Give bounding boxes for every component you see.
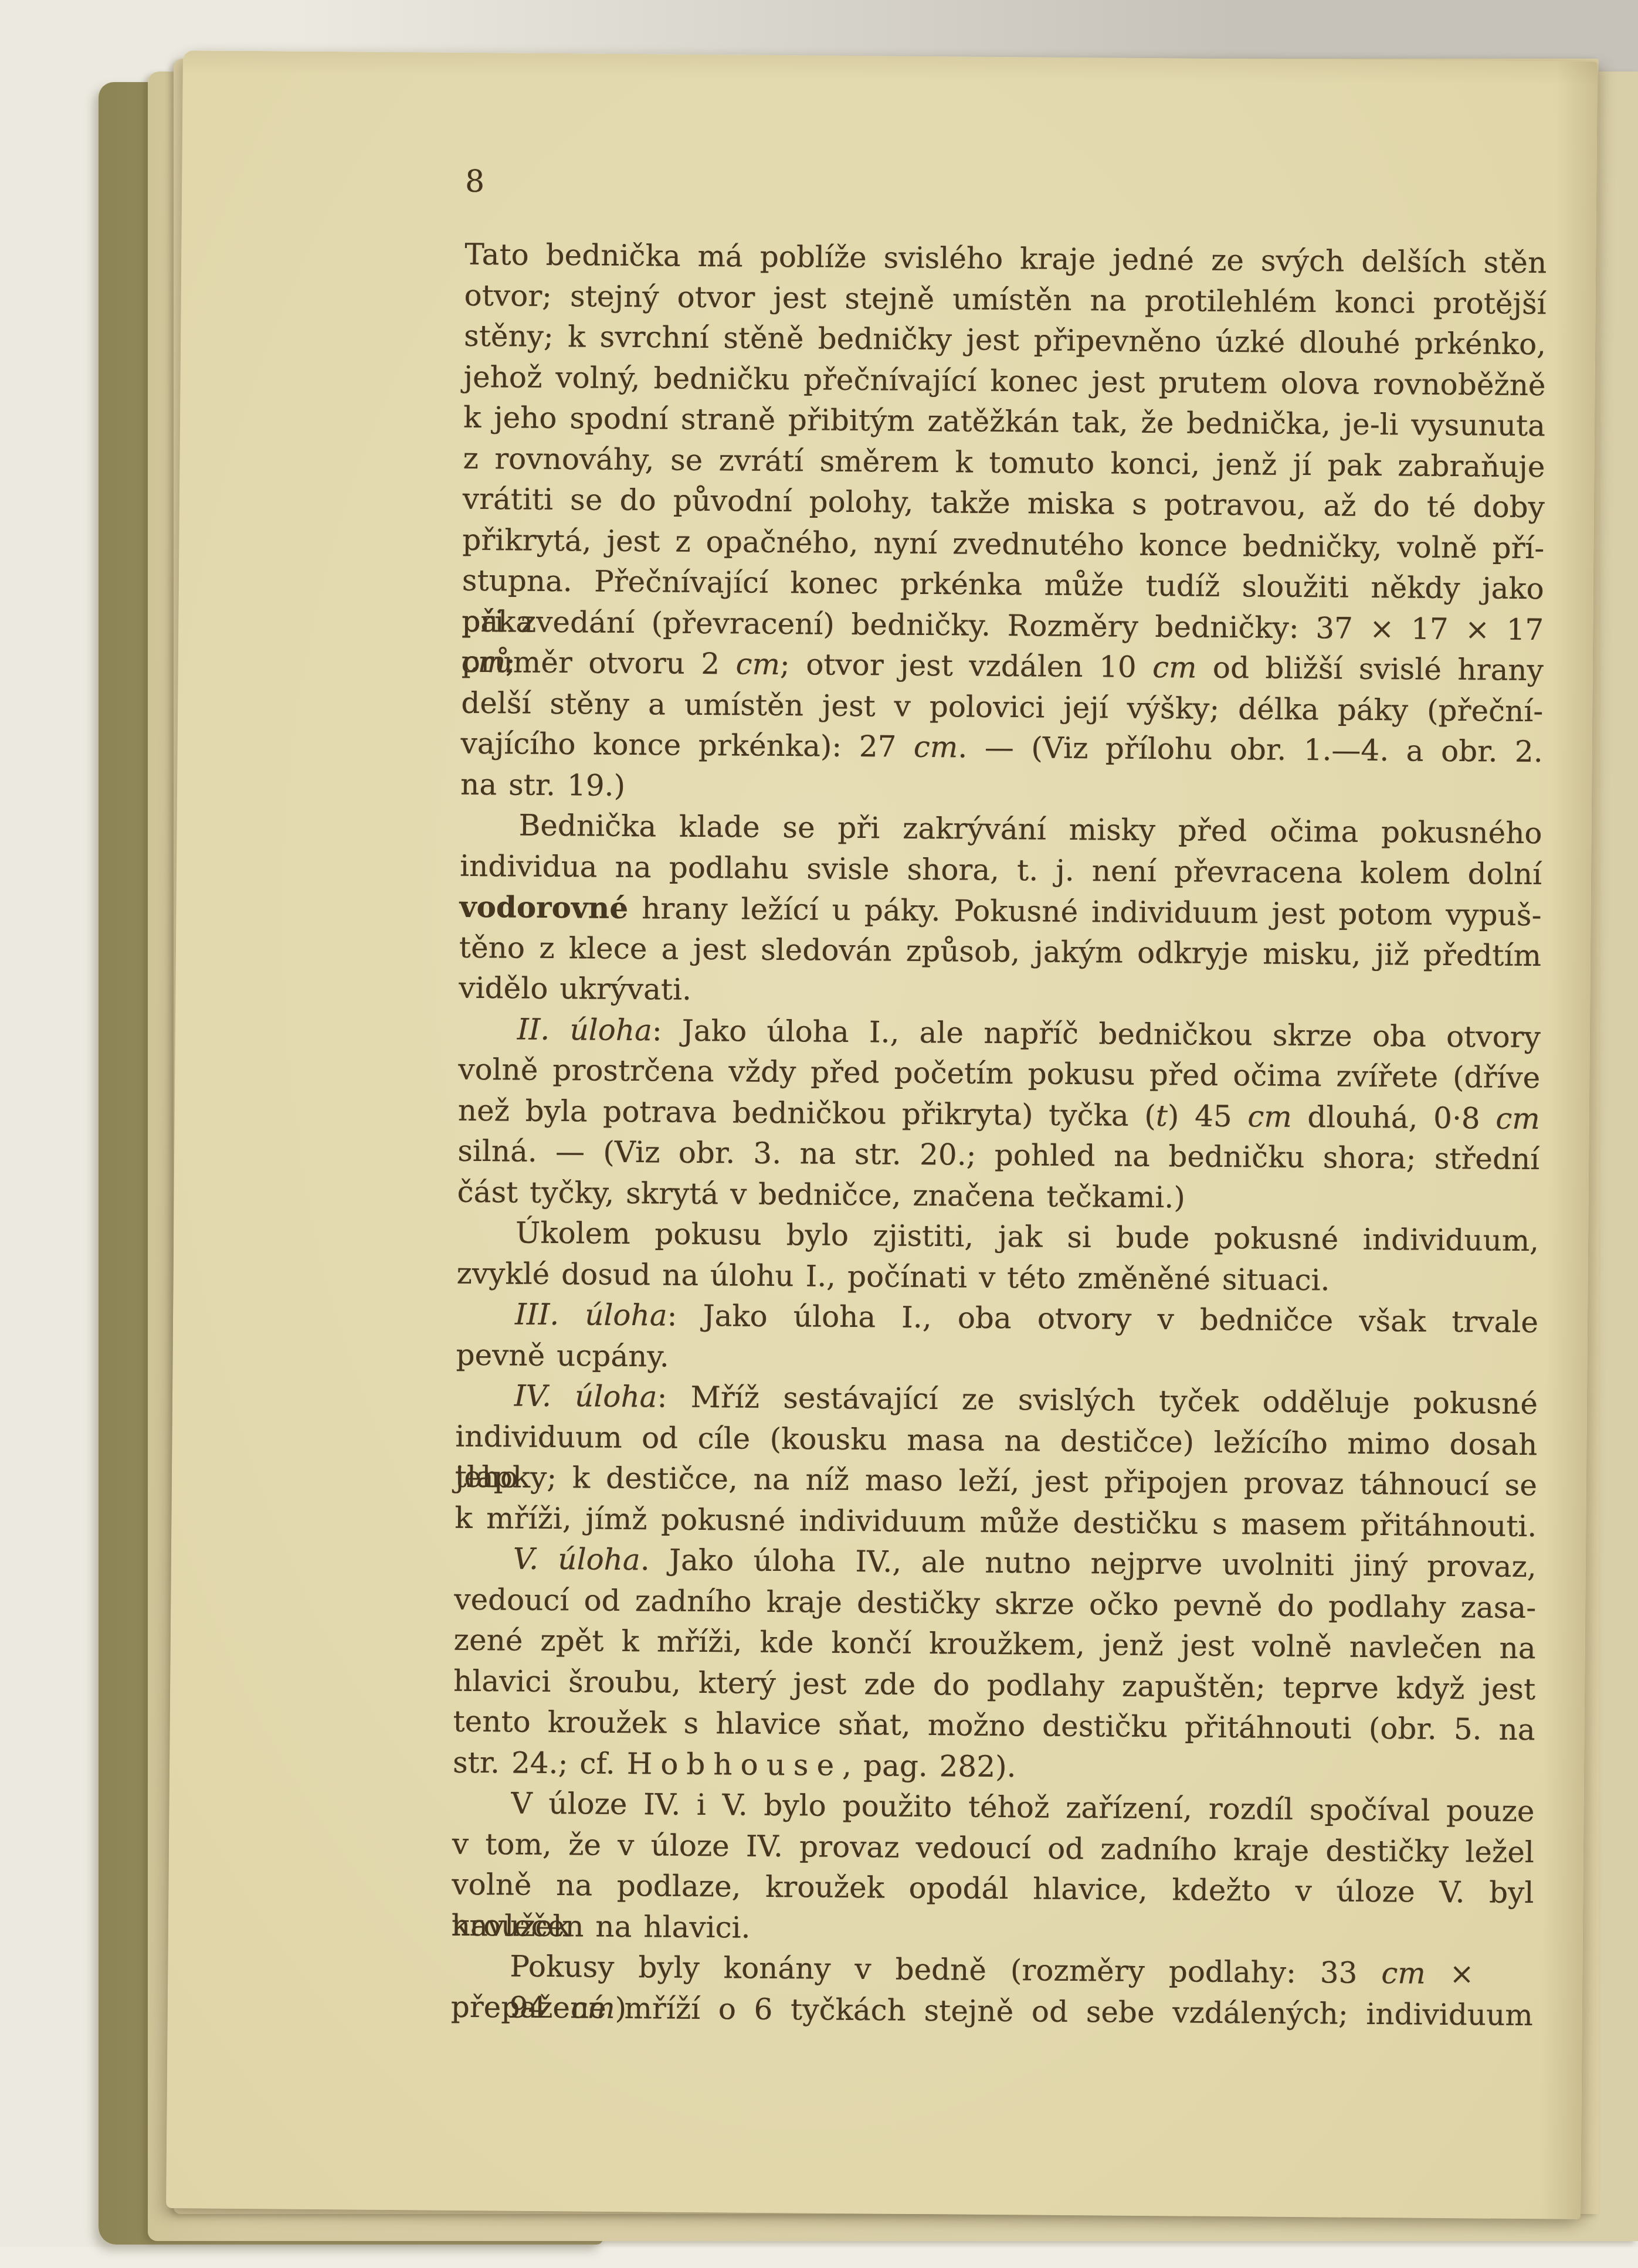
text-line: přepažené mříží o 6 tyčkách stejně od se… (451, 1987, 1533, 2036)
text-segment: t (1156, 1099, 1168, 1133)
text-segment: vedoucí od zadního kraje destičky skrze … (454, 1582, 1536, 1624)
text-segment: Úkolem pokusu bylo zjistiti, jak si bude… (516, 1216, 1539, 1258)
text-segment: průměr otvoru 2 (462, 645, 736, 681)
text-segment: IV. úloha (514, 1379, 657, 1414)
text-segment: k jeho spodní straně přibitým zatěžkán t… (463, 400, 1545, 443)
page-text: Tato bednička má poblíže svislého kraje … (451, 235, 1547, 2036)
text-segment: hlavici šroubu, který jest zde do podlah… (453, 1663, 1535, 1706)
text-segment: od bližší svislé hrany (1196, 651, 1544, 688)
text-segment: delší stěny a umístěn jest v polovici je… (461, 685, 1543, 728)
text-segment: . Jako úloha IV., ale nutno nejprve uvol… (640, 1543, 1537, 1584)
text-segment: III. úloha (515, 1298, 667, 1333)
text-segment: na str. 19.) (460, 767, 625, 802)
text-segment: zené zpět k mříži, kde končí kroužkem, j… (453, 1623, 1535, 1665)
text-segment: : Jako úloha I., oba otvory v bedničce v… (667, 1299, 1538, 1340)
text-segment: zvyklé dosud na úlohu I., počínati v tét… (456, 1256, 1330, 1297)
backdrop-surface (0, 2247, 1638, 2268)
text-segment: Pokusy byly konány v bedně (rozměry podl… (510, 1949, 1382, 1990)
text-segment: vrátiti se do původní polohy, takže misk… (463, 482, 1545, 524)
text-segment: cm (914, 730, 958, 765)
text-segment: II. úloha (517, 1012, 652, 1047)
text-segment: vidělo ukrývati. (459, 971, 691, 1007)
letterspaced-name: Hobhouse (627, 1747, 843, 1783)
text-segment: tento kroužek s hlavice sňat, možno dest… (453, 1705, 1535, 1747)
text-segment: z rovnováhy, se zvrátí směrem k tomuto k… (463, 441, 1545, 483)
text-segment: přikrytá, jest z opačného, nyní zvednuté… (462, 522, 1544, 565)
text-segment: navlečen na hlavici. (452, 1908, 751, 1944)
text-segment: hrany ležící u páky. Pokusné individuum … (628, 891, 1542, 932)
text-segment: dlouhá, 0·8 (1292, 1099, 1496, 1135)
text-segment: část tyčky, skrytá v bedničce, značena t… (457, 1174, 1186, 1214)
text-segment: individua na podlahu svisle shora, t. j.… (460, 848, 1542, 891)
text-segment: jehož volný, bedničku přečnívající konec… (463, 359, 1545, 402)
text-segment: Tato bednička má poblíže svislého kraje … (464, 237, 1547, 280)
text-segment: : Mříž sestávající ze svislých tyček odd… (657, 1380, 1538, 1421)
text-segment: silná. — (Viz obr. 3. na str. 20.; pohle… (457, 1134, 1539, 1176)
text-segment: pevně ucpány. (456, 1337, 669, 1373)
page-number: 8 (465, 164, 485, 199)
text-segment: cm (1381, 1956, 1426, 1991)
text-segment: , pag. 282). (842, 1748, 1016, 1783)
text-segment: cm (1152, 650, 1197, 685)
text-segment: cm (735, 647, 780, 681)
text-segment: : Jako úloha I., ale napříč bedničkou sk… (652, 1013, 1541, 1054)
text-segment: přepažené mříží o 6 tyčkách stejně od se… (451, 1989, 1533, 2032)
text-segment: V úloze IV. i V. bylo použito téhož zaří… (511, 1786, 1534, 1828)
text-segment: Bednička klade se při zakrývání misky př… (518, 809, 1542, 851)
text-segment: než byla potrava bedničkou přikryta) tyč… (458, 1093, 1156, 1132)
text-segment: v tom, že v úloze IV. provaz vedoucí od … (452, 1826, 1534, 1869)
text-segment: volně prostrčena vždy před početím pokus… (458, 1052, 1540, 1095)
text-segment: V. úloha (513, 1542, 640, 1577)
text-segment: vodorovné (459, 889, 628, 925)
text-segment: k mříži, jímž pokusné individuum může de… (455, 1500, 1537, 1543)
text-segment: str. 24.; cf. (453, 1745, 627, 1780)
text-segment: při zvedání (převracení) bedničky. Rozmě… (462, 604, 1544, 646)
text-segment: ; otvor jest vzdálen 10 (780, 647, 1153, 684)
book-page: 8 Tato bednička má poblíže svislého kraj… (166, 50, 1598, 2219)
text-segment: stěny; k svrchní stěně bedničky jest při… (464, 319, 1546, 361)
text-segment: těno z klece a jest sledován způsob, jak… (459, 930, 1541, 972)
text-segment: cm (1495, 1101, 1540, 1136)
text-segment: . — (Viz přílohu obr. 1.—4. a obr. 2. (958, 730, 1543, 769)
text-segment: otvor; stejný otvor jest stejně umístěn … (464, 278, 1547, 320)
text-segment: cm (1247, 1099, 1292, 1134)
text-segment: vajícího konce prkénka): 27 (461, 726, 914, 764)
text-segment: ) 45 (1168, 1099, 1248, 1133)
text-segment: tlapky; k destičce, na níž maso leží, je… (455, 1460, 1537, 1502)
